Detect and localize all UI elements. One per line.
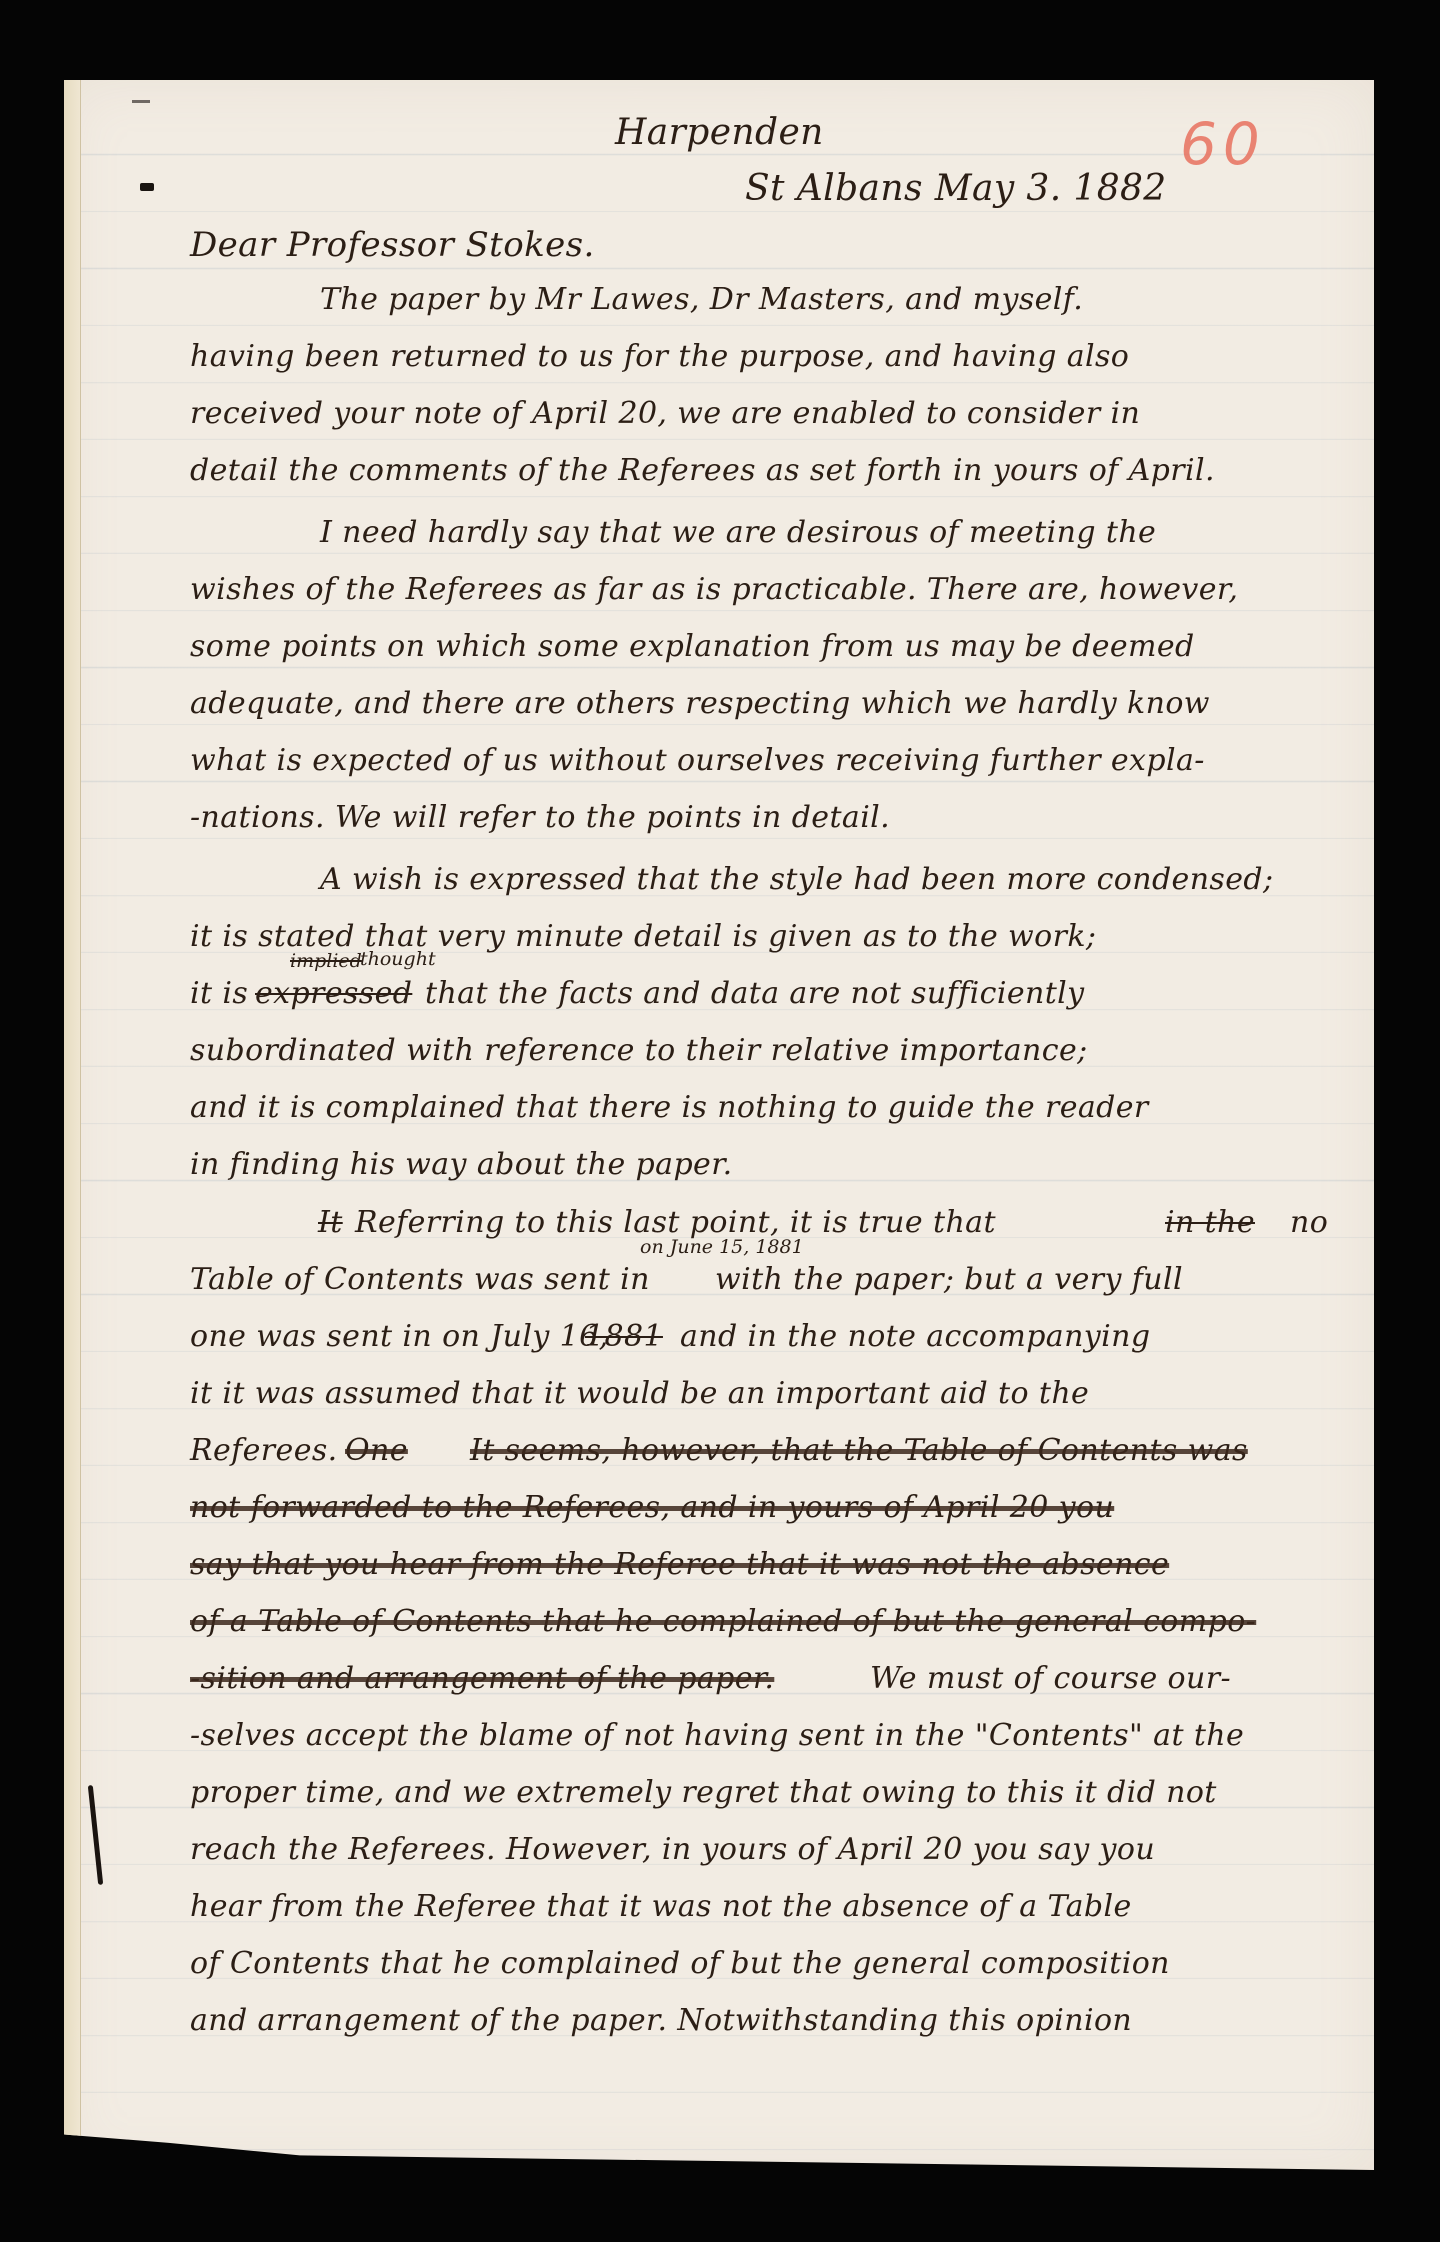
body-line: We must of course our- [870,1661,1231,1696]
struck-word: One [345,1433,408,1468]
body-line: Table of Contents was sent in [190,1262,650,1297]
body-line: I need hardly say that we are desirous o… [320,515,1156,550]
body-line: it is stated that very minute detail is … [190,919,1096,954]
ink-speck [132,100,150,103]
body-line: no [1290,1205,1328,1240]
struck-passage: -sition and arrangement of the paper. [190,1661,774,1696]
body-line: that the facts and data are not sufficie… [425,976,1085,1011]
body-line: The paper by Mr Lawes, Dr Masters, and m… [320,282,1083,317]
body-line: subordinated with reference to their rel… [190,1033,1088,1068]
body-line: of Contents that he complained of but th… [190,1946,1170,1981]
letter-date: St Albans May 3. 1882 [745,168,1167,209]
struck-passage: It seems, however, that the Table of Con… [470,1433,1248,1468]
struck-word: 1881 [585,1319,663,1354]
body-line: adequate, and there are others respectin… [190,686,1210,721]
body-line: received your note of April 20, we are e… [190,396,1140,431]
body-line: and arrangement of the paper. Notwithsta… [190,2003,1132,2038]
struck-passage: not forwarded to the Referees, and in yo… [190,1490,1114,1525]
body-line: proper time, and we extremely regret tha… [190,1775,1217,1810]
body-line: some points on which some explanation fr… [190,629,1195,664]
struck-word: expressed [255,976,412,1011]
body-line: Referring to this last point, it is true… [355,1205,996,1240]
body-line: Referees. [190,1433,338,1468]
body-line: it it was assumed that it would be an im… [190,1376,1089,1411]
body-line: having been returned to us for the purpo… [190,339,1129,374]
body-line: and it is complained that there is nothi… [190,1090,1149,1125]
folio-number: 60 [1180,110,1266,178]
body-line: wishes of the Referees as far as is prac… [190,572,1238,607]
body-line: one was sent in on July 16, [190,1319,609,1354]
struck-word: in the [1165,1205,1255,1240]
salutation: Dear Professor Stokes. [190,225,595,265]
body-line: hear from the Referee that it was not th… [190,1889,1132,1924]
inserted-word: thought [360,948,436,970]
struck-word: It [318,1205,343,1240]
inserted-date: on June 15, 1881 [640,1236,804,1258]
body-line: detail the comments of the Referees as s… [190,453,1215,488]
body-line: A wish is expressed that the style had b… [320,862,1274,897]
body-line: what is expected of us without ourselves… [190,743,1205,778]
body-line: in finding his way about the paper. [190,1147,733,1182]
body-line: reach the Referees. However, in yours of… [190,1832,1155,1867]
body-line: and in the note accompanying [680,1319,1150,1354]
body-line: -nations. We will refer to the points in… [190,800,890,835]
binding-strip [64,80,81,2170]
struck-passage: of a Table of Contents that he complaine… [190,1604,1256,1639]
letter-place: Harpenden [615,112,824,153]
struck-word: implied [290,950,362,972]
punch-hole-mark [140,183,154,191]
body-line: it is [190,976,248,1011]
struck-passage: say that you hear from the Referee that … [190,1547,1169,1582]
body-line: with the paper; but a very full [715,1262,1183,1297]
body-line: -selves accept the blame of not having s… [190,1718,1244,1753]
